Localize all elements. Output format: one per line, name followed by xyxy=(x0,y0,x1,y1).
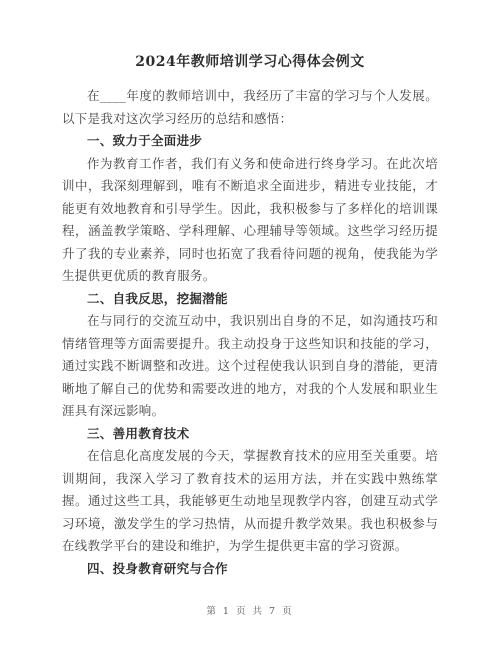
document-content: 2024年教师培训学习心得体会例文 在____年度的教师培训中，我经历了丰富的学… xyxy=(62,52,438,580)
section-heading: 四、投身教育研究与合作 xyxy=(62,558,438,581)
document-body: 在____年度的教师培训中，我经历了丰富的学习与个人发展。以下是我对这次学习经历… xyxy=(62,85,438,580)
body-paragraph: 作为教育工作者，我们有义务和使命进行终身学习。在此次培训中，我深刻理解到，唯有不… xyxy=(62,153,438,288)
section-heading: 三、善用教育技术 xyxy=(62,423,438,446)
page-footer: 第 1 页 共 7 页 xyxy=(0,603,500,617)
page-number-text: 第 1 页 共 7 页 xyxy=(206,606,293,617)
body-paragraph: 在信息化高度发展的今天，掌握教育技术的应用至关重要。培训期间，我深入学习了教育技… xyxy=(62,445,438,558)
section-heading: 二、自我反思，挖掘潜能 xyxy=(62,288,438,311)
document-title: 2024年教师培训学习心得体会例文 xyxy=(62,52,438,72)
document-page: 2024年教师培训学习心得体会例文 在____年度的教师培训中，我经历了丰富的学… xyxy=(0,0,500,647)
section-heading: 一、致力于全面进步 xyxy=(62,130,438,153)
body-paragraph: 在与同行的交流互动中，我识别出自身的不足，如沟通技巧和情绪管理等方面需要提升。我… xyxy=(62,310,438,423)
body-paragraph: 在____年度的教师培训中，我经历了丰富的学习与个人发展。以下是我对这次学习经历… xyxy=(62,85,438,130)
